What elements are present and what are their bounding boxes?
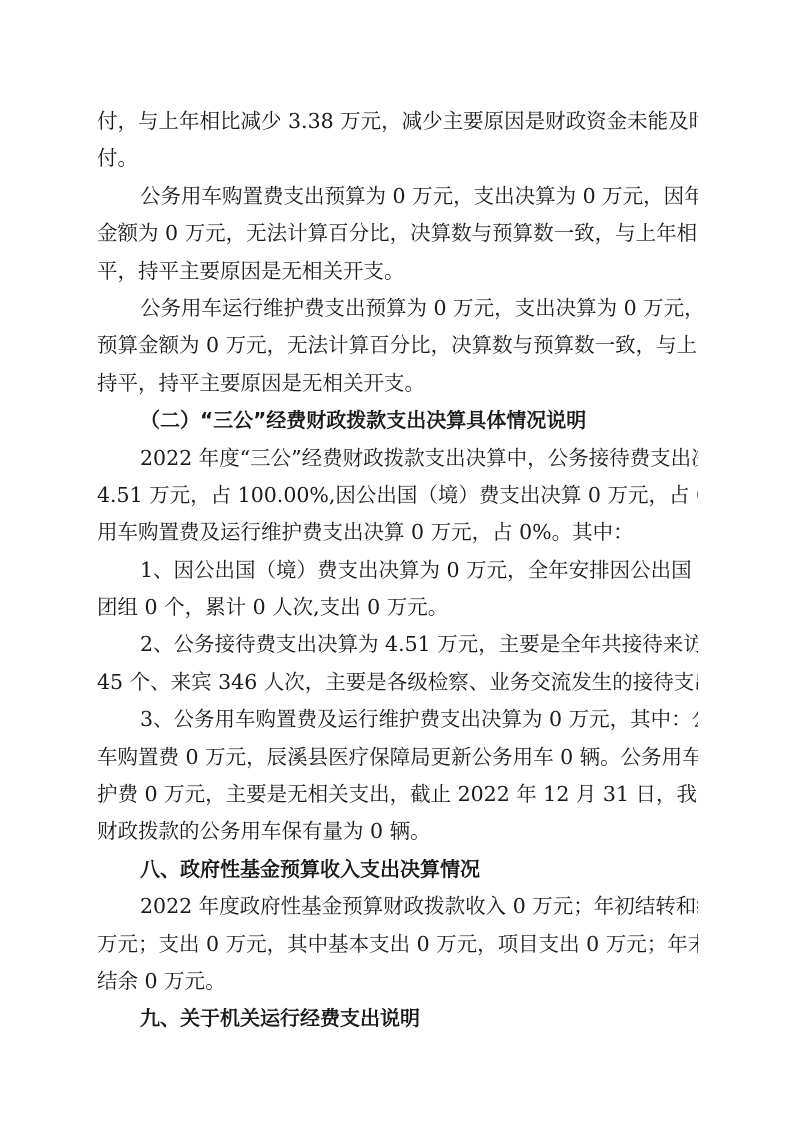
paragraph-line: 4.51 万元，占 100.00%,因公出国（境）费支出决算 0 万元，占 0%… xyxy=(97,477,698,514)
paragraph-line: 车购置费 0 万元，辰溪县医疗保障局更新公务用车 0 辆。公务用车运行维 xyxy=(97,739,698,776)
paragraph-line: 持平，持平主要原因是无相关开支。 xyxy=(97,365,698,402)
paragraph-line: 平，持平主要原因是无相关开支。 xyxy=(97,253,698,290)
paragraph-line: 预算金额为 0 万元，无法计算百分比，决算数与预算数一致，与上年相比 xyxy=(97,327,698,364)
section-heading-government-fund: 八、政府性基金预算收入支出决算情况 xyxy=(97,851,698,888)
section-heading-operating-expenses: 九、关于机关运行经费支出说明 xyxy=(97,1000,698,1037)
paragraph-line: 金额为 0 万元，无法计算百分比，决算数与预算数一致，与上年相比持 xyxy=(97,215,698,252)
paragraph-line: 3、公务用车购置费及运行维护费支出决算为 0 万元，其中：公务用 xyxy=(97,701,698,738)
paragraph-line: 公务用车购置费支出预算为 0 万元，支出决算为 0 万元，因年初预算 xyxy=(97,178,698,215)
paragraph-line: 万元；支出 0 万元，其中基本支出 0 万元，项目支出 0 万元；年末结转和 xyxy=(97,926,698,963)
paragraph-line: 付，与上年相比减少 3.38 万元，减少主要原因是财政资金未能及时支 xyxy=(97,103,698,140)
paragraph-line: 公务用车运行维护费支出预算为 0 万元，支出决算为 0 万元，因年初 xyxy=(97,290,698,327)
section-heading-sanggong-details: （二）“三公”经费财政拨款支出决算具体情况说明 xyxy=(97,402,698,439)
paragraph-line: 2022 年度“三公”经费财政拨款支出决算中，公务接待费支出决算 xyxy=(97,440,698,477)
paragraph-line: 45 个、来宾 346 人次，主要是各级检察、业务交流发生的接待支出。 xyxy=(97,664,698,701)
paragraph-line: 1、因公出国（境）费支出决算为 0 万元，全年安排因公出国（境） xyxy=(97,552,698,589)
paragraph-line: 护费 0 万元，主要是无相关支出，截止 2022 年 12 月 31 日，我单位… xyxy=(97,776,698,813)
paragraph-line: 2、公务接待费支出决算为 4.51 万元，主要是全年共接待来访团组 xyxy=(97,626,698,663)
paragraph-line: 结余 0 万元。 xyxy=(97,963,698,1000)
paragraph-line: 付。 xyxy=(97,140,698,177)
paragraph-line: 财政拨款的公务用车保有量为 0 辆。 xyxy=(97,813,698,850)
paragraph-line: 用车购置费及运行维护费支出决算 0 万元，占 0%。其中： xyxy=(97,514,698,551)
document-page: 付，与上年相比减少 3.38 万元，减少主要原因是财政资金未能及时支 付。 公务… xyxy=(97,103,698,1038)
paragraph-line: 团组 0 个，累计 0 人次,支出 0 万元。 xyxy=(97,589,698,626)
paragraph-line: 2022 年度政府性基金预算财政拨款收入 0 万元；年初结转和结余 0 xyxy=(97,888,698,925)
